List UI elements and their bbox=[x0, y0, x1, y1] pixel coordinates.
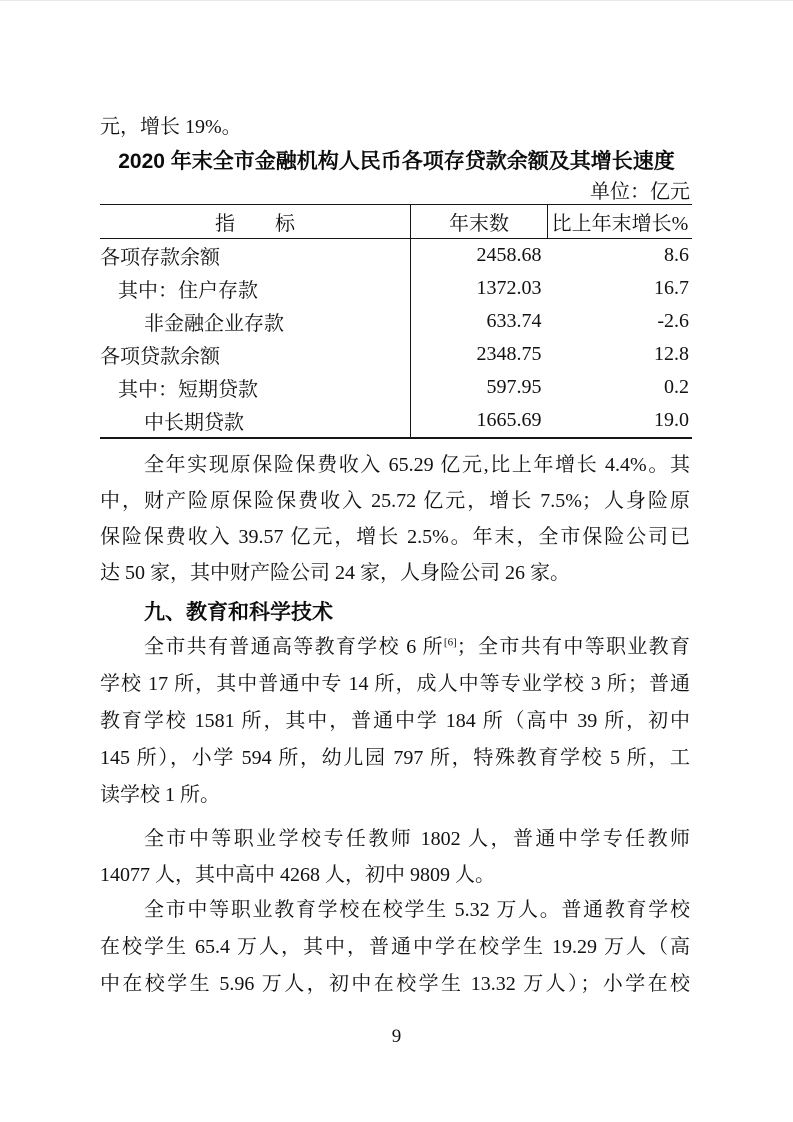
header-indicator: 指 标 bbox=[100, 205, 411, 239]
table-row: 各项存款余额 2458.68 8.6 bbox=[100, 239, 692, 273]
row-indicator: 各项贷款余额 bbox=[100, 338, 411, 371]
body-text-line: 教育学校 1581 所，其中，普通中学 184 所（高中 39 所，初中 bbox=[100, 703, 690, 740]
body-text-line: 在校学生 65.4 万人，其中，普通中学在校学生 19.29 万人（高 bbox=[100, 929, 690, 966]
section-heading: 九、教育和科学技术 bbox=[144, 599, 333, 627]
page-number: 9 bbox=[0, 1025, 793, 1049]
paragraph-teachers: 全市中等职业学校专任教师 1802 人，普通中学专任教师 14077 人，其中高… bbox=[100, 821, 690, 893]
body-text-line: 保险保费收入 39.57 亿元，增长 2.5%。年末，全市保险公司已 bbox=[100, 519, 690, 555]
footnote-marker: [6] bbox=[444, 636, 457, 648]
row-growth: 0.2 bbox=[548, 371, 693, 404]
row-growth: 8.6 bbox=[548, 239, 693, 273]
row-growth: 19.0 bbox=[548, 404, 693, 438]
row-indicator: 非金融企业存款 bbox=[100, 305, 411, 338]
row-indicator: 其中：短期贷款 bbox=[100, 371, 411, 404]
body-text-line: 学校 17 所，其中普通中专 14 所，成人中等专业学校 3 所；普通 bbox=[100, 666, 690, 703]
table-row: 各项贷款余额 2348.75 12.8 bbox=[100, 338, 692, 371]
paragraph-insurance: 全年实现原保险保费收入 65.29 亿元,比上年增长 4.4%。其 中，财产险原… bbox=[100, 447, 690, 591]
body-text-line: 中在校学生 5.96 万人，初中在校学生 13.32 万人）；小学在校 bbox=[100, 966, 690, 1003]
body-text-line: 全市共有普通高等教育学校 6 所[6]；全市共有中等职业教育 bbox=[100, 629, 690, 666]
paragraph-students: 全市中等职业教育学校在校学生 5.32 万人。普通教育学校 在校学生 65.4 … bbox=[100, 892, 690, 1003]
table-title: 2020 年末全市金融机构人民币各项存贷款余额及其增长速度 bbox=[0, 149, 793, 175]
table-row: 其中：住户存款 1372.03 16.7 bbox=[100, 272, 692, 305]
body-text-line: 全市中等职业教育学校在校学生 5.32 万人。普通教育学校 bbox=[100, 892, 690, 929]
body-text-line: 达 50 家，其中财产险公司 24 家，人身险公司 26 家。 bbox=[100, 555, 690, 591]
row-year-end: 597.95 bbox=[411, 371, 548, 404]
deposit-loan-table: 指 标 年末数 比上年末增长% 各项存款余额 2458.68 8.6 其中：住户… bbox=[100, 204, 692, 439]
paragraph-continuation: 元，增长 19%。 bbox=[100, 109, 690, 145]
row-indicator: 其中：住户存款 bbox=[100, 272, 411, 305]
table-row: 中长期贷款 1665.69 19.0 bbox=[100, 404, 692, 438]
row-year-end: 2348.75 bbox=[411, 338, 548, 371]
row-indicator: 中长期贷款 bbox=[100, 404, 411, 438]
document-page: 元，增长 19%。 2020 年末全市金融机构人民币各项存贷款余额及其增长速度 … bbox=[0, 0, 793, 1122]
row-growth: 12.8 bbox=[548, 338, 693, 371]
body-text-line: 读学校 1 所。 bbox=[100, 777, 690, 814]
body-text-line: 元，增长 19%。 bbox=[100, 109, 690, 145]
row-year-end: 1372.03 bbox=[411, 272, 548, 305]
header-growth: 比上年末增长% bbox=[548, 205, 693, 239]
paragraph-education: 全市共有普通高等教育学校 6 所[6]；全市共有中等职业教育 学校 17 所，其… bbox=[100, 629, 690, 814]
row-year-end: 1665.69 bbox=[411, 404, 548, 438]
row-year-end: 633.74 bbox=[411, 305, 548, 338]
header-year-end: 年末数 bbox=[411, 205, 548, 239]
table-row: 其中：短期贷款 597.95 0.2 bbox=[100, 371, 692, 404]
body-text-line: 145 所），小学 594 所，幼儿园 797 所，特殊教育学校 5 所，工 bbox=[100, 740, 690, 777]
body-text-line: 14077 人，其中高中 4268 人，初中 9809 人。 bbox=[100, 857, 690, 893]
row-growth: 16.7 bbox=[548, 272, 693, 305]
table-header-row: 指 标 年末数 比上年末增长% bbox=[100, 205, 692, 239]
row-year-end: 2458.68 bbox=[411, 239, 548, 273]
table-unit-label: 单位：亿元 bbox=[100, 181, 690, 203]
table-header: 指 标 年末数 比上年末增长% bbox=[100, 205, 692, 239]
body-text-line: 全年实现原保险保费收入 65.29 亿元,比上年增长 4.4%。其 bbox=[100, 447, 690, 483]
body-text-line: 中，财产险原保险保费收入 25.72 亿元，增长 7.5%；人身险原 bbox=[100, 483, 690, 519]
row-growth: -2.6 bbox=[548, 305, 693, 338]
text-segment: 全市共有普通高等教育学校 6 所 bbox=[144, 636, 444, 658]
body-text-line: 全市中等职业学校专任教师 1802 人，普通中学专任教师 bbox=[100, 821, 690, 857]
row-indicator: 各项存款余额 bbox=[100, 239, 411, 273]
text-segment: ；全市共有中等职业教育 bbox=[457, 636, 690, 658]
table-row: 非金融企业存款 633.74 -2.6 bbox=[100, 305, 692, 338]
